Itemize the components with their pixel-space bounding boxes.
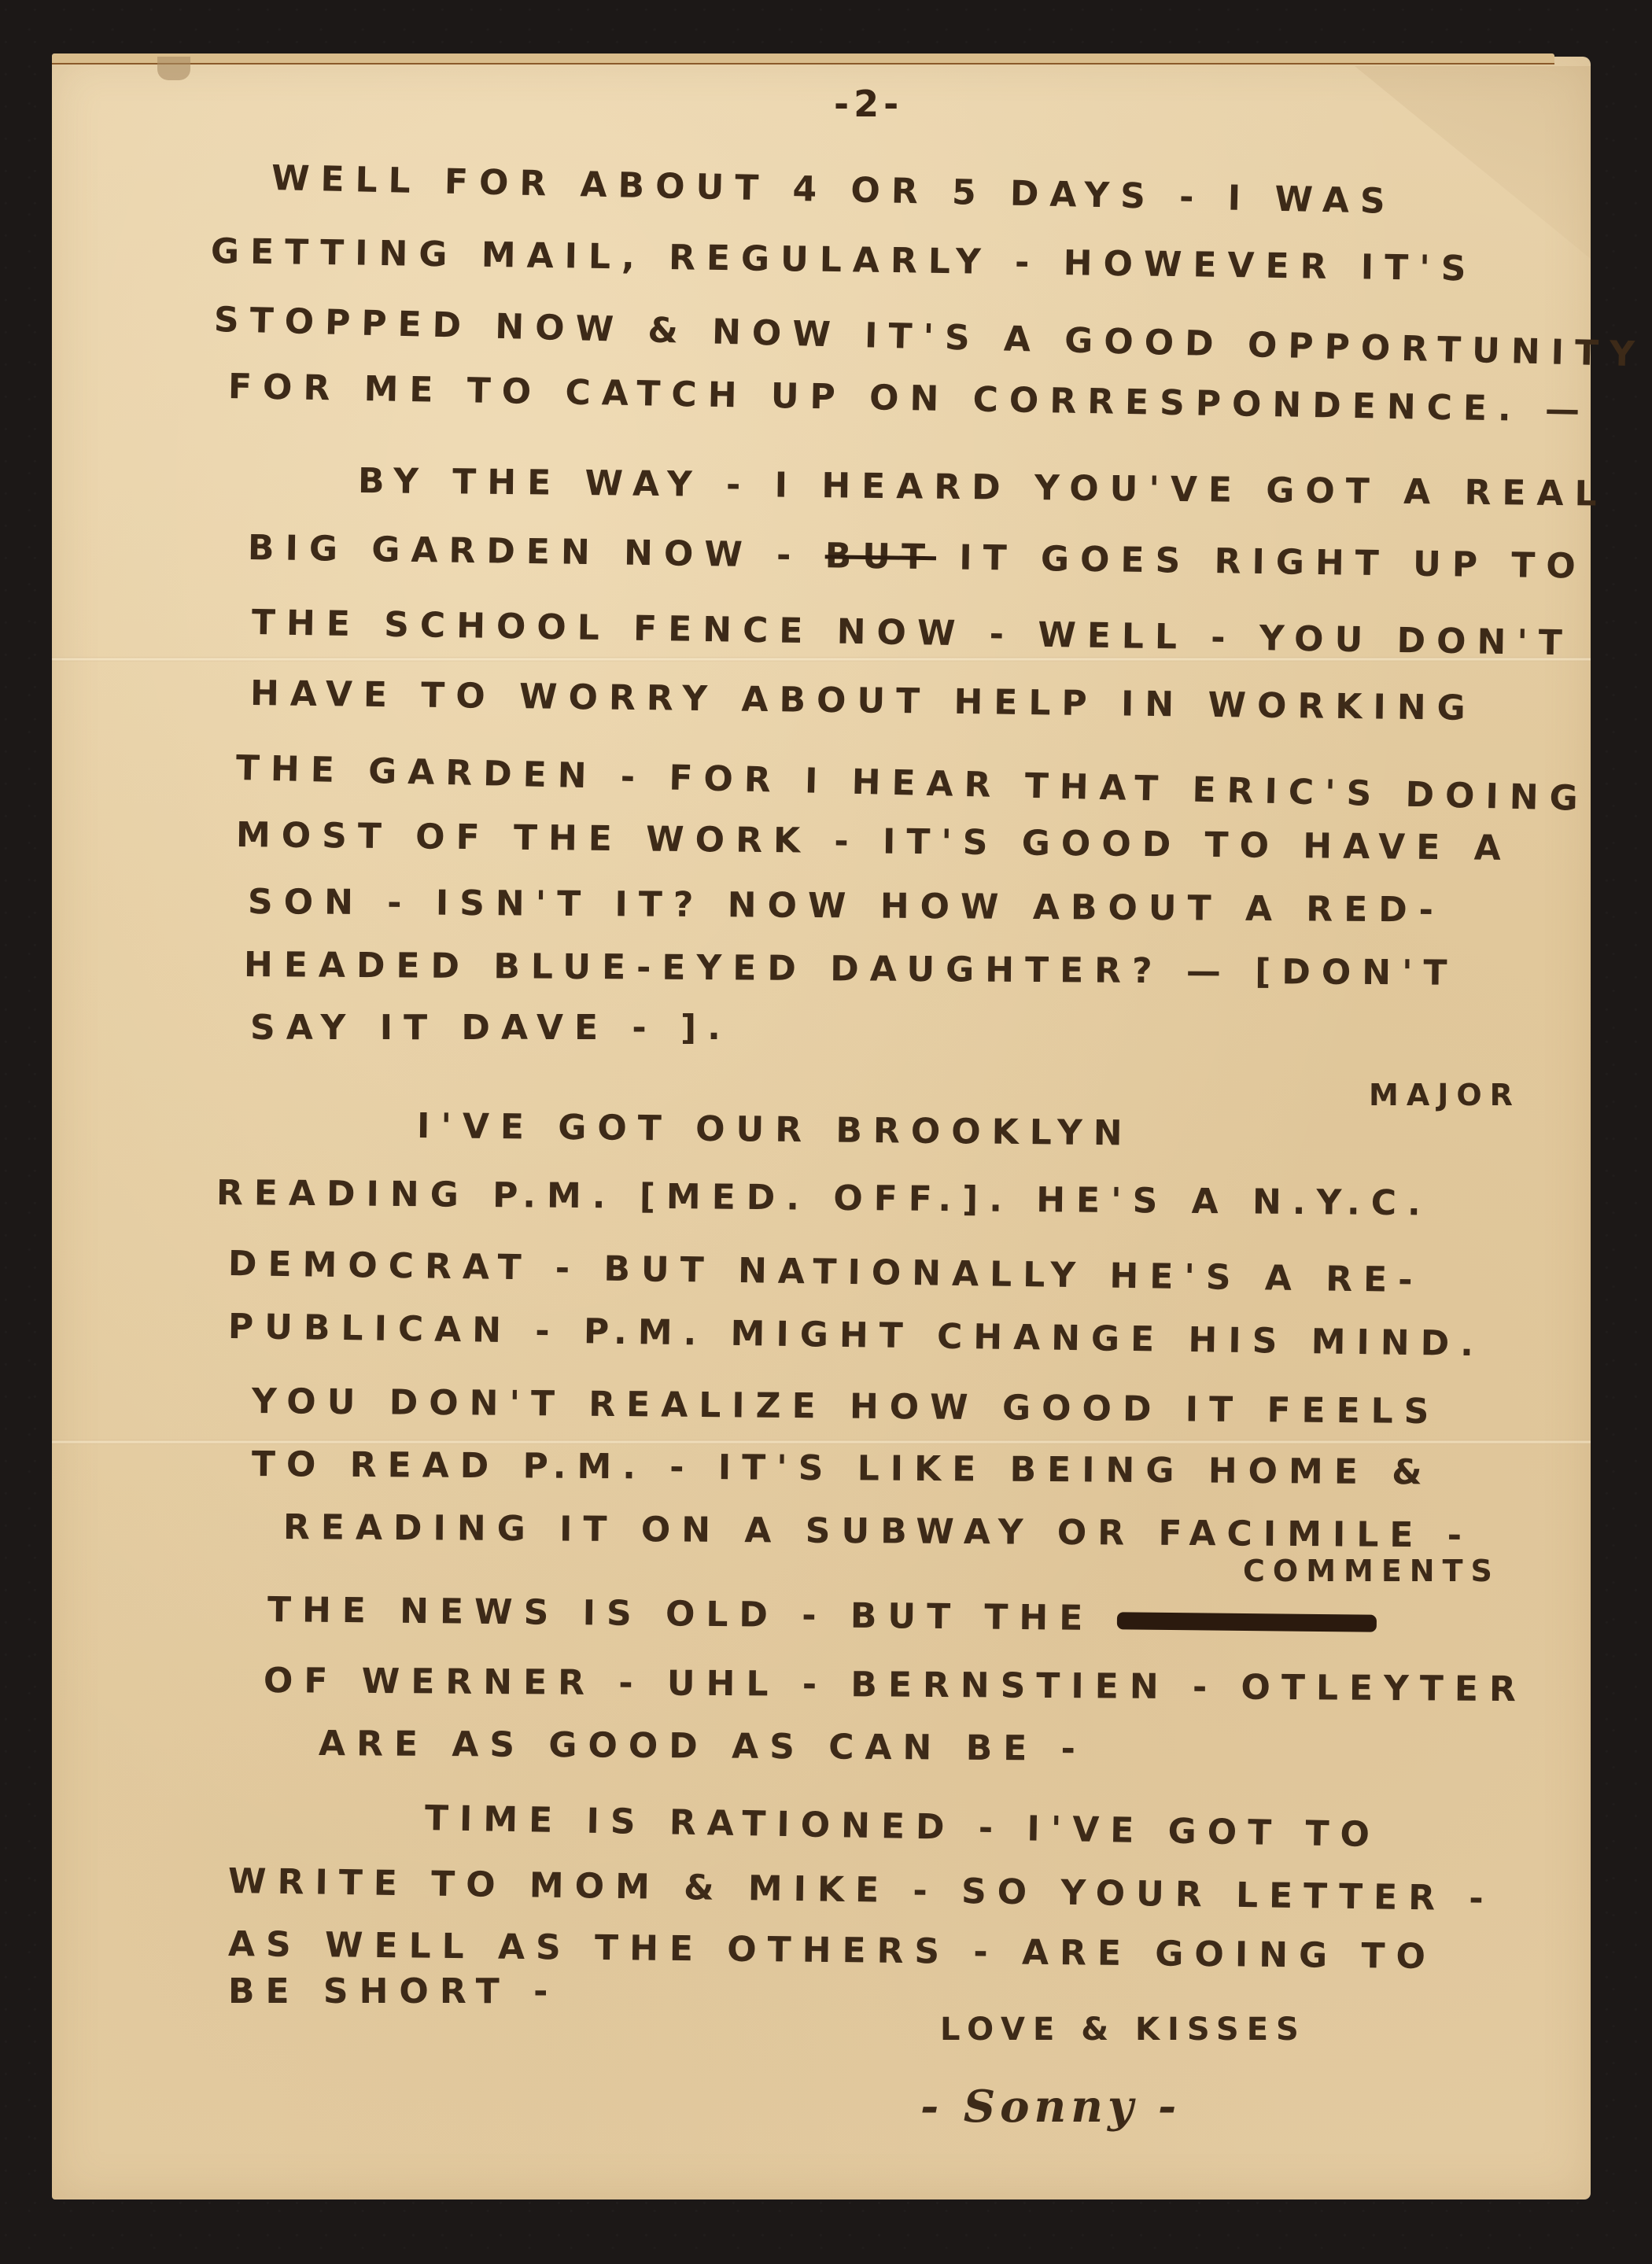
letter-line: Democrat - but nationally he's a Re- — [228, 1247, 1424, 1298]
letter-line: most of the work - It's good to have a — [236, 818, 1512, 866]
letter-line: The news is old - but the — [267, 1593, 1377, 1639]
letter-line: Time is rationed - I've got to — [425, 1801, 1381, 1853]
letter-line: publican - P.M. might change his mind. — [228, 1310, 1484, 1362]
letter-line: of Werner - Uhl - Bernstien - Otleyter — [264, 1664, 1527, 1707]
struck-word: But — [824, 536, 936, 577]
letter-line: By the way - I heard you've got a real — [358, 464, 1608, 512]
letter-line: have to worry about help in working — [250, 677, 1477, 726]
letter-line: You don't realize how good it feels — [252, 1385, 1440, 1429]
letter-text: it goes right up to — [936, 537, 1587, 587]
letter-line: I've got our Brooklyn — [417, 1109, 1134, 1152]
letter-line: Big Garden now - But it goes right up to — [248, 531, 1587, 584]
letter-line: stopped now & now it's a good opportunit… — [213, 303, 1646, 372]
letter-line: getting mail, regularly - however it's — [211, 234, 1477, 286]
letter-line: be short - — [228, 1975, 559, 2009]
page-number: -2- — [834, 83, 903, 125]
letter-line: for me to catch up on correspondence. — — [228, 370, 1591, 428]
blacked-out-word — [1117, 1612, 1377, 1632]
letter-line: as well as the others - are going to — [228, 1927, 1436, 1975]
letter-line: reading it on a subway or facimile - — [283, 1510, 1473, 1554]
inserted-word-comments: Comments — [1243, 1554, 1500, 1588]
signature: - Sonny - — [920, 2085, 1181, 2129]
letter-line: Well for about 4 or 5 days - I was — [271, 161, 1397, 219]
letter-text: Big Garden now - — [248, 528, 825, 576]
letter-line: the school fence now - Well - you don't — [252, 606, 1573, 661]
letter-line: headed blue-eyed daughter? — [Don't — [244, 948, 1458, 991]
letter-line: reading P.M. [Med. Off.]. He's a N.Y.C. — [216, 1176, 1432, 1221]
letter-body: -2- Well for about 4 or 5 days - I was g… — [0, 0, 1652, 2264]
letter-line: the garden - for I hear that Eric's doin… — [236, 751, 1590, 817]
letter-line: to read P.M. - it's like being home & — [252, 1447, 1433, 1490]
closing: Love & Kisses — [940, 2014, 1307, 2045]
inserted-word-major: Major — [1369, 1078, 1521, 1112]
letter-line: write to Mom & Mike - So your letter - — [228, 1864, 1495, 1916]
letter-line: say it Dave - ]. — [250, 1011, 732, 1045]
letter-text: The news is old - but the — [267, 1590, 1094, 1639]
letter-line: are as good as can be - — [319, 1727, 1086, 1767]
scan-background: -2- Well for about 4 or 5 days - I was g… — [0, 0, 1652, 2264]
letter-line: son - isn't it? Now how about a red- — [248, 885, 1444, 928]
